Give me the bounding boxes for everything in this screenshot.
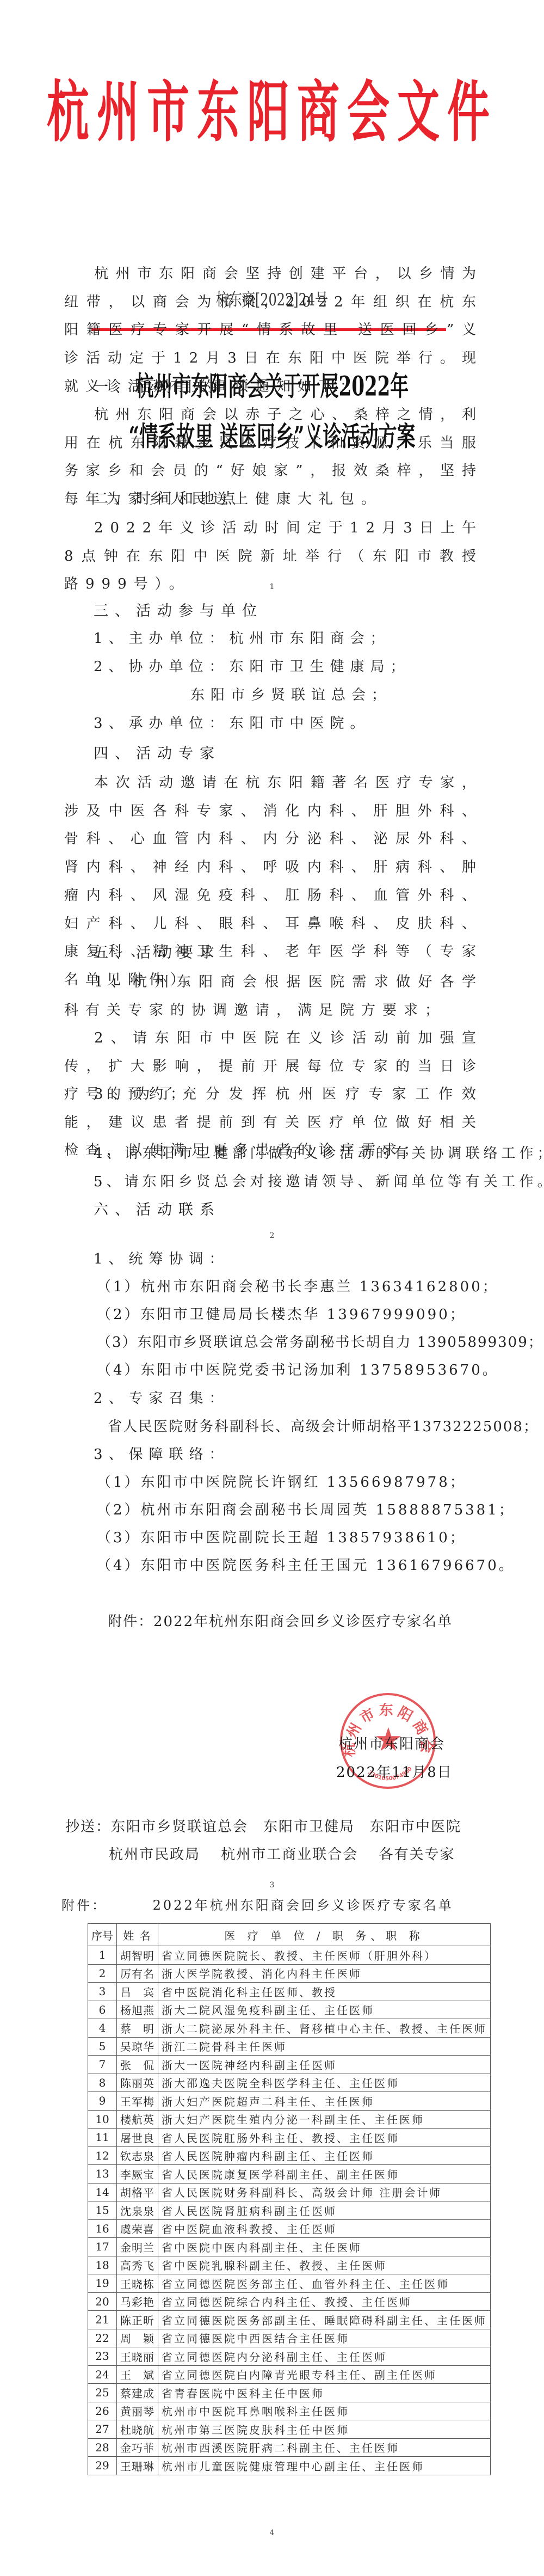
expert-number: 11 <box>88 2129 117 2147</box>
expert-name: 钦志泉 <box>117 2146 158 2165</box>
expert-call-contact: 省人民医院财务科副科长、高级会计师胡格平13732225008； <box>108 1415 539 1436</box>
expert-number: 15 <box>88 2201 117 2220</box>
annex-label: 附件： <box>61 1898 107 1913</box>
expert-number: 18 <box>88 2256 117 2274</box>
expert-name: 王军梅 <box>117 2092 158 2111</box>
expert-table: 序号 姓 名 医 疗 单 位 / 职 务、职 称 1胡智明省立同德医院院长、教授… <box>88 1923 491 2475</box>
expert-name: 杨旭燕 <box>117 2001 158 2019</box>
expert-number: 10 <box>88 2110 117 2129</box>
expert-number: 3 <box>88 1983 117 2001</box>
expert-affiliation: 省立同德医院白内障青光眼专科主任、副主任医师 <box>158 2365 491 2384</box>
table-row: 9王军梅浙大妇产医院超声二科主任、主任医师 <box>88 2092 491 2111</box>
table-row: 7张 侃浙大一医院神经内科副主任医师 <box>88 2056 491 2074</box>
expert-affiliation: 浙大一医院神经内科副主任医师 <box>158 2056 491 2074</box>
expert-number: 12 <box>88 2146 117 2165</box>
requirement-4: 4、请东阳市卫健部门做好义诊活动的有关协调联络工作； <box>94 1142 544 1162</box>
expert-name: 王珊琳 <box>117 2457 158 2475</box>
expert-affiliation: 浙大邵逸夫医院全科医学科主任、主任医师 <box>158 2074 491 2092</box>
table-row: 8陈丽英浙大邵逸夫医院全科医学科主任、主任医师 <box>88 2074 491 2092</box>
expert-affiliation: 省立同德医院医务部主任、血管外科主任、主任医师 <box>158 2274 491 2293</box>
expert-affiliation: 省立同德医院中西医结合主任医师 <box>158 2329 491 2347</box>
expert-name: 马彩艳 <box>117 2292 158 2311</box>
organizer-co-1: 2、协办单位：东阳市卫生健康局； <box>94 655 411 676</box>
coordination-label: 1、统筹协调： <box>94 1248 230 1268</box>
expert-name: 周 颖 <box>117 2329 158 2347</box>
expert-number: 22 <box>88 2329 117 2347</box>
expert-number: 16 <box>88 2219 117 2238</box>
section-1-heading: 一、活动目的 <box>94 375 221 396</box>
table-row: 22周 颖省立同德医院中西医结合主任医师 <box>88 2329 491 2347</box>
expert-number: 8 <box>88 2074 117 2092</box>
page-number-1: 1 <box>0 582 544 591</box>
expert-name: 王晓栋 <box>117 2274 158 2293</box>
expert-name: 胡格平 <box>117 2183 158 2201</box>
support-contact-3: （3）东阳市中医院副院长王超 13857938610； <box>97 1526 466 1547</box>
expert-number: 23 <box>88 2347 117 2366</box>
table-row: 26黄丽琴杭州市中医院耳鼻咽喉科主任医师 <box>88 2402 491 2420</box>
table-row: 2厉有名浙大医学院教授、消化内科主任医师 <box>88 1964 491 1983</box>
expert-affiliation: 省中医院血液科教授、主任医师 <box>158 2219 491 2238</box>
table-row: 3吕 宾省中医院消化科主任医师、教授 <box>88 1983 491 2001</box>
section-5-heading: 五、活动要求 <box>94 941 221 962</box>
requirement-5: 5、请东阳乡贤总会对接邀请领导、新闻单位等有关工作。 <box>94 1170 544 1191</box>
page-number-4: 4 <box>0 2529 544 2537</box>
support-contact-2: （2）杭州市东阳商会副秘书长周园英 15888875381； <box>97 1499 515 1519</box>
table-row: 29王珊琳杭州市儿童医院健康管理中心副主任、主任医师 <box>88 2457 491 2475</box>
expert-affiliation: 浙江二院骨科主任医师 <box>158 2037 491 2056</box>
organizer-undertaker: 3、承办单位：东阳市中医院。 <box>94 712 370 732</box>
expert-affiliation: 浙大二院泌尿外科主任、肾移植中心主任、教授、主任医师 <box>158 2019 491 2038</box>
expert-name: 李厥宝 <box>117 2165 158 2184</box>
table-row: 20马彩艳省立同德医院综合内科主任、教授、主任医师 <box>88 2292 491 2311</box>
expert-name: 胡智明 <box>117 1946 158 1965</box>
expert-affiliation: 浙大妇产医院超声二科主任、主任医师 <box>158 2092 491 2111</box>
page-number-2: 2 <box>0 1231 544 1240</box>
support-contact-4: （4）东阳市中医院医务科主任王国元 13616796670。 <box>97 1554 515 1574</box>
table-row: 23王晓丽省立同德医院内分泌科副主任、主任医师 <box>88 2347 491 2366</box>
document-org-title: 杭州市东阳商会文件 <box>0 60 544 155</box>
page-number-3: 3 <box>0 1881 544 1890</box>
table-row: 17金明兰省中医院中医内科副主任、主任医师 <box>88 2238 491 2256</box>
coordination-contact-1: （1）杭州市东阳商会秘书长李惠兰 13634162800； <box>97 1275 499 1296</box>
table-row: 19王晓栋省立同德医院医务部主任、血管外科主任、主任医师 <box>88 2274 491 2293</box>
coordination-contact-4: （4）东阳市中医院党委书记汤加利 13758953670。 <box>97 1359 499 1379</box>
expert-name: 沈泉泉 <box>117 2201 158 2220</box>
expert-name: 蔡建成 <box>117 2384 158 2402</box>
expert-number: 24 <box>88 2365 117 2384</box>
table-row: 16虞荣喜省中医院血液科教授、主任医师 <box>88 2219 491 2238</box>
coordination-contact-2: （2）东阳市卫健局局长楼杰华 13967999090； <box>97 1303 466 1323</box>
expert-affiliation: 杭州市儿童医院健康管理中心副主任、主任医师 <box>158 2457 491 2475</box>
table-row: 24王 斌省立同德医院白内障青光眼专科主任、副主任医师 <box>88 2365 491 2384</box>
table-row: 11屠世良省人民医院肛肠外科主任、教授、主任医师 <box>88 2129 491 2147</box>
table-row: 15沈泉泉省人民医院肾脏病科副主任医师 <box>88 2201 491 2220</box>
column-header-name: 姓 名 <box>117 1924 158 1946</box>
table-row: 21陈正昕省立同德医院医务部副主任、睡眠障碍科副主任、主任医师 <box>88 2311 491 2329</box>
expert-affiliation: 杭州市中医院耳鼻咽喉科主任医师 <box>158 2402 491 2420</box>
expert-affiliation: 浙大二院风湿免疫科副主任、主任医师 <box>158 2001 491 2019</box>
table-row: 10楼航英浙大妇产医院生殖内分泌一科副主任、主任医师 <box>88 2110 491 2129</box>
expert-affiliation: 杭州市西溪医院肝病二科副主任、主任医师 <box>158 2438 491 2457</box>
expert-name: 楼航英 <box>117 2110 158 2129</box>
table-row: 5吴琼华浙江二院骨科主任医师 <box>88 2037 491 2056</box>
expert-name: 黄丽琴 <box>117 2402 158 2420</box>
expert-name: 屠世良 <box>117 2129 158 2147</box>
expert-number: 21 <box>88 2311 117 2329</box>
expert-affiliation: 省立同德医院院长、教授、主任医师（肝胆外科） <box>158 1946 491 1965</box>
expert-call-label: 2、专家召集： <box>94 1387 230 1407</box>
expert-affiliation: 省立同德医院内分泌科副主任、主任医师 <box>158 2347 491 2366</box>
expert-number: 25 <box>88 2384 117 2402</box>
expert-number: 13 <box>88 2165 117 2184</box>
cc-line-1: 抄送：东阳市乡贤联谊总会 东阳市卫健局 东阳市中医院 <box>65 1816 461 1836</box>
expert-name: 虞荣喜 <box>117 2219 158 2238</box>
organizer-host: 1、主办单位：杭州市东阳商会； <box>94 627 391 647</box>
expert-number: 28 <box>88 2438 117 2457</box>
expert-affiliation: 省青春医院中医科主任中医师 <box>158 2384 491 2402</box>
expert-affiliation: 省中医院消化科主任医师、教授 <box>158 1983 491 2001</box>
requirement-1: 1、杭州东阳商会根据医院需求做好各学科有关专家的协调邀请，满足院方要求； <box>64 968 483 1025</box>
signature-date: 2022年11月8日 <box>336 1761 453 1781</box>
table-header-row: 序号 姓 名 医 疗 单 位 / 职 务、职 称 <box>88 1924 491 1946</box>
table-row: 27杜晓航杭州市第三医院皮肤科主任中医师 <box>88 2420 491 2439</box>
expert-number: 5 <box>88 2037 117 2056</box>
expert-name: 杜晓航 <box>117 2420 158 2439</box>
expert-name: 金明兰 <box>117 2238 158 2256</box>
expert-affiliation: 省立同德医院综合内科主任、教授、主任医师 <box>158 2292 491 2311</box>
expert-affiliation: 省中医院中医内科副主任、主任医师 <box>158 2238 491 2256</box>
expert-number: 7 <box>88 2056 117 2074</box>
expert-name: 蔡 明 <box>117 2019 158 2038</box>
expert-name: 高秀飞 <box>117 2256 158 2274</box>
section-3-heading: 三、活动参与单位 <box>94 599 263 620</box>
expert-number: 2 <box>88 1964 117 1983</box>
expert-name: 金巧菲 <box>117 2438 158 2457</box>
table-row: 1胡智明省立同德医院院长、教授、主任医师（肝胆外科） <box>88 1946 491 1965</box>
support-contact-1: （1）东阳市中医院院长许钢红 13566987978； <box>97 1471 466 1491</box>
expert-affiliation: 省人民医院肛肠外科主任、教授、主任医师 <box>158 2129 491 2147</box>
table-row: 12钦志泉省人民医院肿瘤内科副主任、主任医师 <box>88 2146 491 2165</box>
expert-affiliation: 浙大妇产医院生殖内分泌一科副主任、主任医师 <box>158 2110 491 2129</box>
table-row: 13李厥宝省人民医院康复医学科副主任、副主任医师 <box>88 2165 491 2184</box>
coordination-contact-3: （3）东阳市乡贤联谊总会常务副秘书长胡自力 13905899309； <box>97 1331 543 1351</box>
expert-number: 19 <box>88 2274 117 2293</box>
expert-affiliation: 杭州市第三医院皮肤科主任中医师 <box>158 2420 491 2439</box>
expert-number: 20 <box>88 2292 117 2311</box>
expert-name: 王晓丽 <box>117 2347 158 2366</box>
expert-name: 厉有名 <box>117 1964 158 1983</box>
expert-affiliation: 省中医院乳腺科副主任、教授、主任医师 <box>158 2256 491 2274</box>
expert-number: 26 <box>88 2402 117 2420</box>
expert-affiliation: 省人民医院肾脏病科副主任医师 <box>158 2201 491 2220</box>
expert-number: 9 <box>88 2092 117 2111</box>
table-row: 14胡格平省人民医院财务科副科长、高级会计师 注册会计师 <box>88 2183 491 2201</box>
expert-affiliation: 浙大医学院教授、消化内科主任医师 <box>158 1964 491 1983</box>
expert-name: 陈正昕 <box>117 2311 158 2329</box>
expert-number: 4 <box>88 2019 117 2038</box>
section-6-heading: 六、活动联系 <box>94 1198 221 1219</box>
expert-affiliation: 省人民医院财务科副科长、高级会计师 注册会计师 <box>158 2183 491 2201</box>
expert-number: 29 <box>88 2457 117 2475</box>
expert-affiliation: 省人民医院康复医学科副主任、副主任医师 <box>158 2165 491 2184</box>
table-row: 18高秀飞省中医院乳腺科副主任、教授、主任医师 <box>88 2256 491 2274</box>
table-row: 6杨旭燕浙大二院风湿免疫科副主任、主任医师 <box>88 2001 491 2019</box>
expert-affiliation: 省立同德医院医务部副主任、睡眠障碍科副主任、主任医师 <box>158 2311 491 2329</box>
section-4-heading: 四、活动专家 <box>94 741 221 763</box>
table-row: 28金巧菲杭州市西溪医院肝病二科副主任、主任医师 <box>88 2438 491 2457</box>
section-2-heading: 二、时间和地点 <box>94 487 242 508</box>
annex-heading: 附件： 2022年杭州东阳商会回乡义诊医疗专家名单 <box>61 1894 454 1913</box>
organizer-co-2: 东阳市乡贤联谊总会； <box>190 684 392 704</box>
expert-name: 张 侃 <box>117 2056 158 2074</box>
expert-number: 27 <box>88 2420 117 2439</box>
support-label: 3、保障联络： <box>94 1443 230 1463</box>
expert-name: 陈丽英 <box>117 2074 158 2092</box>
signature-org: 杭州市东阳商会 <box>338 1733 445 1753</box>
expert-number: 14 <box>88 2183 117 2201</box>
expert-name: 吴琼华 <box>117 2037 158 2056</box>
annex-title: 2022年杭州东阳商会回乡义诊医疗专家名单 <box>153 1898 454 1913</box>
expert-name: 吕 宾 <box>117 1983 158 2001</box>
table-row: 25蔡建成省青春医院中医科主任中医师 <box>88 2384 491 2402</box>
expert-number: 6 <box>88 2001 117 2019</box>
column-header-org: 医 疗 单 位 / 职 务、职 称 <box>158 1924 491 1946</box>
expert-number: 1 <box>88 1946 117 1965</box>
expert-number: 17 <box>88 2238 117 2256</box>
attachment-note: 附件：2022年杭州东阳商会回乡义诊医疗专家名单 <box>108 1610 453 1630</box>
table-row: 4蔡 明浙大二院泌尿外科主任、肾移植中心主任、教授、主任医师 <box>88 2019 491 2038</box>
cc-line-2: 杭州市民政局 杭州市工商业联合会 各有关专家 <box>109 1843 455 1863</box>
column-header-no: 序号 <box>88 1924 117 1946</box>
expert-affiliation: 省人民医院肿瘤内科副主任、主任医师 <box>158 2146 491 2165</box>
expert-name: 王 斌 <box>117 2365 158 2384</box>
